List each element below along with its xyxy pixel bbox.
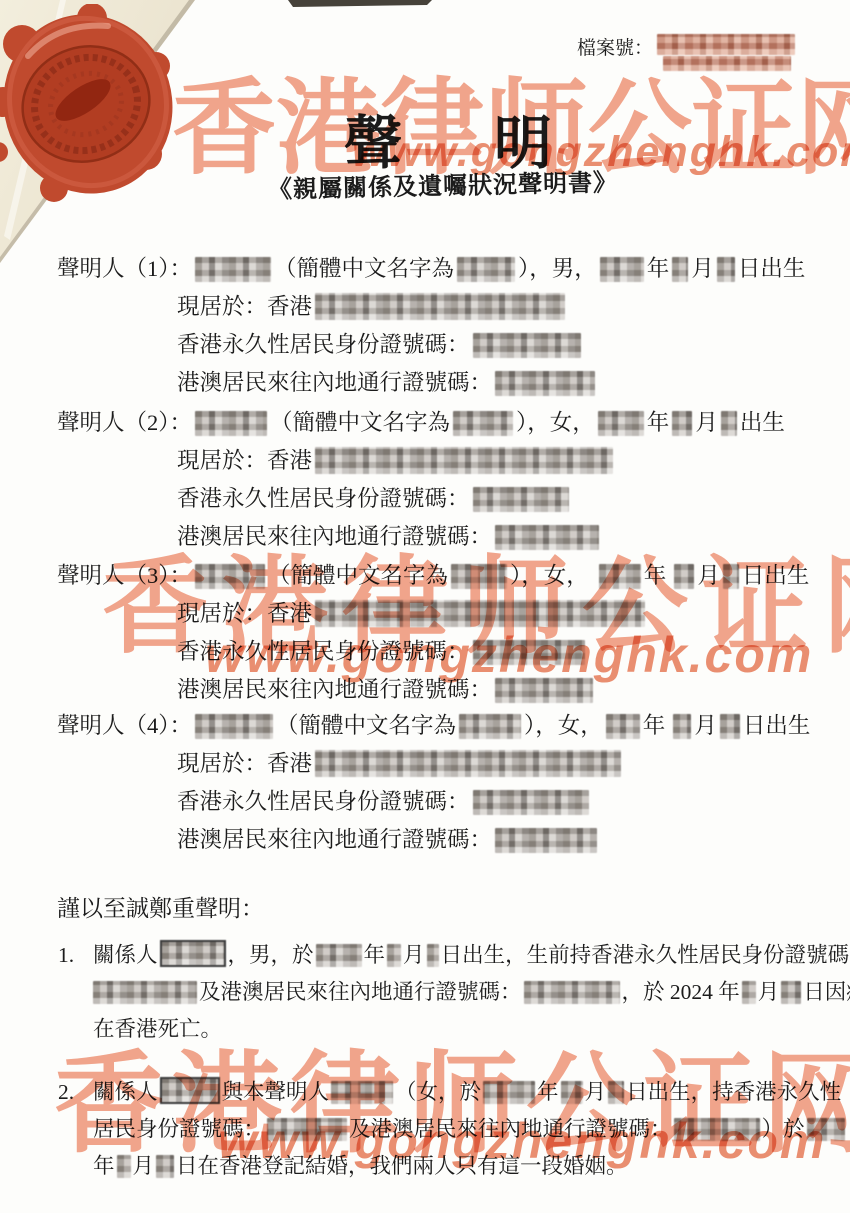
solemn-declaration-intro: 謹以至誠鄭重聲明：	[57, 890, 264, 928]
item-2-text: 關係人與本聲明人（女，於年月日出生，持香港永久性 居民身份證號碼：及港澳居民來往…	[93, 1074, 847, 1185]
text: 年	[364, 943, 386, 967]
redacted-id	[674, 1118, 760, 1141]
text: 年	[644, 563, 667, 588]
text: 香港永久性居民身份證號碼：	[177, 789, 470, 814]
redacted-day	[723, 564, 739, 589]
text: （女，於	[395, 1080, 481, 1104]
declarant-3-birth-line: 聲明人（3）：（簡體中文名字為），女，年月日出生	[57, 557, 847, 595]
text: 日出生	[738, 256, 806, 281]
file-number-line: 檔案號：	[577, 33, 795, 71]
redacted-id	[267, 1118, 347, 1141]
redacted-day	[156, 1155, 174, 1178]
document-subtitle: 《親屬關係及遺囑狀況聲明書》	[268, 162, 619, 204]
text: 現居於：香港	[177, 448, 312, 473]
text: ），女，	[510, 563, 589, 588]
text: 日出生	[743, 713, 811, 738]
redacted-name	[331, 1081, 393, 1104]
declarant-1-birth-line: 聲明人（1）：（簡體中文名字為），男，年月日出生	[57, 250, 847, 288]
text: 日出生，持香港永久性	[626, 1080, 841, 1104]
redacted-month	[561, 1081, 583, 1104]
redacted-name	[160, 940, 226, 967]
text: 月	[758, 980, 780, 1004]
text: 關係人	[93, 1080, 158, 1104]
text: 月	[697, 563, 720, 588]
text: 現居於：香港	[177, 601, 312, 626]
declarant-3-hkid-line: 香港永久性居民身份證號碼：	[57, 633, 847, 671]
declarant-label: 聲明人（3）：	[57, 563, 192, 588]
redacted-name	[459, 714, 521, 739]
notarized-declaration-document: 香港律师公证网 www.gongzhenghk.com 香港律师公证网 www.…	[0, 0, 850, 1213]
text: 日出生，生前持香港永久性居民身份證號碼：	[441, 943, 850, 967]
redacted-year	[598, 411, 644, 436]
redacted-day	[608, 1081, 624, 1104]
text: 月	[695, 410, 718, 435]
redacted-name	[195, 564, 265, 589]
redacted-name	[195, 411, 267, 436]
text: ，於 2024 年	[622, 980, 740, 1004]
redacted-month	[742, 981, 756, 1004]
redacted-name	[453, 411, 513, 436]
declarant-label: 聲明人（2）：	[57, 410, 192, 435]
text: 香港永久性居民身份證號碼：	[177, 486, 470, 511]
text: 日在香港登記結婚，我們兩人只有這一段婚姻。	[176, 1154, 628, 1178]
item-2-line-3: 年月日在香港登記結婚，我們兩人只有這一段婚姻。	[93, 1148, 847, 1185]
redacted-address	[315, 447, 613, 474]
declarant-label: 聲明人（4）：	[57, 713, 192, 738]
declarant-block-4: 聲明人（4）：（簡體中文名字為），女，年月日出生 現居於：香港 香港永久性居民身…	[57, 707, 847, 859]
text: 月	[133, 1154, 155, 1178]
redacted-address	[315, 600, 645, 627]
redacted-id	[473, 487, 569, 512]
redacted-day	[717, 257, 735, 282]
item-number: 2.	[58, 1074, 93, 1185]
redacted-name	[457, 257, 515, 282]
redacted-name	[195, 257, 271, 282]
text: 日因病	[803, 980, 850, 1004]
item-number: 1.	[58, 937, 93, 1048]
file-number-label: 檔案號：	[577, 33, 653, 60]
text: 港澳居民來往內地通行證號碼：	[177, 524, 492, 549]
wax-seal-icon	[0, 4, 188, 209]
text: 出生	[740, 410, 785, 435]
declarant-2-residence-line: 現居於：香港	[57, 442, 847, 480]
text: ），男，	[518, 256, 597, 281]
declarant-4-permit-line: 港澳居民來往內地通行證號碼：	[57, 821, 847, 859]
text: 居民身份證號碼：	[93, 1117, 265, 1141]
redacted-day	[720, 714, 740, 739]
text: （簡體中文名字為	[274, 256, 454, 281]
text: 月	[691, 256, 714, 281]
redacted-text	[657, 34, 795, 55]
declarant-block-1: 聲明人（1）：（簡體中文名字為），男，年月日出生 現居於：香港 香港永久性居民身…	[57, 250, 847, 402]
text: 月	[585, 1080, 607, 1104]
redacted-year	[599, 564, 641, 589]
redacted-month	[387, 944, 401, 967]
text: 現居於：香港	[177, 294, 312, 319]
declarant-1-permit-line: 港澳居民來往內地通行證號碼：	[57, 364, 847, 402]
text: 現居於：香港	[177, 751, 312, 776]
declarant-2-permit-line: 港澳居民來往內地通行證號碼：	[57, 518, 847, 556]
text: 關係人	[93, 943, 158, 967]
text: 日出生	[742, 563, 810, 588]
redacted-year	[483, 1081, 535, 1104]
declarant-4-hkid-line: 香港永久性居民身份證號碼：	[57, 783, 847, 821]
redacted-month	[674, 564, 694, 589]
redacted-id	[473, 790, 589, 815]
redacted-year	[807, 1118, 845, 1141]
redacted-year	[600, 257, 644, 282]
declarant-label: 聲明人（1）：	[57, 256, 192, 281]
redacted-year	[316, 944, 362, 967]
text: 年	[537, 1080, 559, 1104]
item-1-line-3: 在香港死亡。	[93, 1011, 850, 1048]
redacted-id	[495, 371, 595, 396]
declarant-block-3: 聲明人（3）：（簡體中文名字為），女，年月日出生 現居於：香港 香港永久性居民身…	[57, 557, 847, 709]
item-1-line-2: 及港澳居民來往內地通行證號碼：，於 2024 年月日因病	[93, 974, 850, 1011]
text: ），女，	[524, 713, 603, 738]
text: ）於	[762, 1117, 805, 1141]
declarant-3-residence-line: 現居於：香港	[57, 595, 847, 633]
redacted-name	[195, 714, 273, 739]
text: 月	[694, 713, 717, 738]
text: 與本聲明人	[222, 1080, 330, 1104]
text: 月	[403, 943, 425, 967]
text: （簡體中文名字為	[270, 410, 450, 435]
redacted-month	[673, 714, 691, 739]
redacted-address	[315, 750, 621, 777]
text: 及港澳居民來往內地通行證號碼：	[349, 1117, 672, 1141]
redacted-name	[451, 564, 507, 589]
declarant-2-birth-line: 聲明人（2）：（簡體中文名字為），女，年月出生	[57, 404, 847, 442]
declarant-3-permit-line: 港澳居民來往內地通行證號碼：	[57, 671, 847, 709]
redacted-id	[473, 333, 581, 358]
text: 港澳居民來往內地通行證號碼：	[177, 677, 492, 702]
item-1-text: 關係人，男，於年月日出生，生前持香港永久性居民身份證號碼： 及港澳居民來往內地通…	[93, 937, 850, 1048]
redacted-year	[606, 714, 640, 739]
declarant-1-hkid-line: 香港永久性居民身份證號碼：	[57, 326, 847, 364]
redacted-name	[160, 1077, 220, 1104]
item-2-line-1: 關係人與本聲明人（女，於年月日出生，持香港永久性	[93, 1074, 847, 1111]
redacted-day	[721, 411, 737, 436]
item-2-line-2: 居民身份證號碼：及港澳居民來往內地通行證號碼：）於	[93, 1111, 847, 1148]
redacted-id	[473, 640, 585, 665]
text: 香港永久性居民身份證號碼：	[177, 332, 470, 357]
text: 年	[643, 713, 666, 738]
text: 港澳居民來往內地通行證號碼：	[177, 827, 492, 852]
text: （簡體中文名字為	[276, 713, 456, 738]
redacted-id	[524, 981, 620, 1004]
redacted-address	[315, 293, 565, 320]
text: 港澳居民來往內地通行證號碼：	[177, 370, 492, 395]
declarant-4-residence-line: 現居於：香港	[57, 745, 847, 783]
redacted-day	[781, 981, 801, 1004]
item-1-line-1: 關係人，男，於年月日出生，生前持香港永久性居民身份證號碼：	[93, 937, 850, 974]
redacted-id	[93, 981, 197, 1004]
text: 年	[647, 410, 670, 435]
redacted-month	[672, 411, 692, 436]
text: 在香港死亡。	[93, 1017, 222, 1041]
declarant-1-residence-line: 現居於：香港	[57, 288, 847, 326]
text: 及港澳居民來往內地通行證號碼：	[199, 980, 522, 1004]
text: ），女，	[516, 410, 595, 435]
redacted-id	[495, 828, 597, 853]
redacted-text	[663, 56, 791, 71]
redacted-month	[117, 1155, 131, 1178]
text: （簡體中文名字為	[268, 563, 448, 588]
file-number-redacted	[657, 34, 795, 71]
redacted-month	[672, 257, 688, 282]
declarant-4-birth-line: 聲明人（4）：（簡體中文名字為），女，年月日出生	[57, 707, 847, 745]
text: 年	[93, 1154, 115, 1178]
declarant-block-2: 聲明人（2）：（簡體中文名字為），女，年月出生 現居於：香港 香港永久性居民身份…	[57, 404, 847, 556]
text: 年	[647, 256, 670, 281]
declaration-item-1: 1. 關係人，男，於年月日出生，生前持香港永久性居民身份證號碼： 及港澳居民來往…	[58, 937, 846, 1048]
declaration-item-2: 2. 關係人與本聲明人（女，於年月日出生，持香港永久性 居民身份證號碼：及港澳居…	[58, 1074, 846, 1185]
text: 香港永久性居民身份證號碼：	[177, 639, 470, 664]
redacted-id	[495, 525, 599, 550]
declarant-2-hkid-line: 香港永久性居民身份證號碼：	[57, 480, 847, 518]
redacted-day	[427, 944, 439, 967]
redacted-id	[495, 678, 593, 703]
text: ，男，於	[228, 943, 314, 967]
